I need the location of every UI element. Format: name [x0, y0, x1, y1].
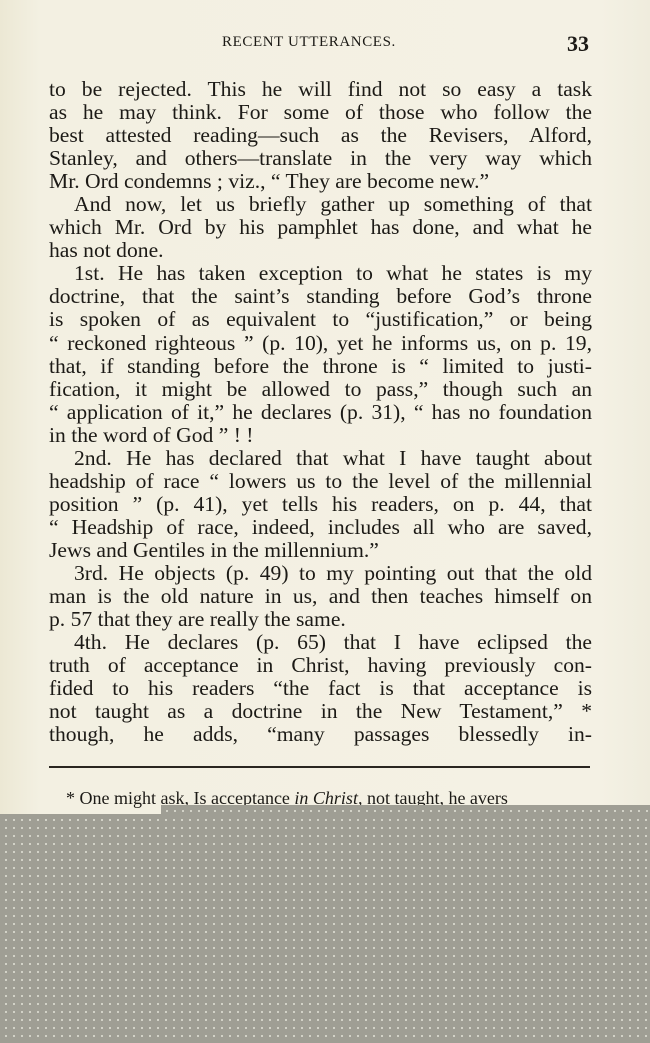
body-text: to be rejected. This he will find not so…	[49, 78, 592, 746]
paragraph-start-line: 1st. He has taken exception to what he s…	[49, 262, 592, 285]
footnote-text-visible: One might	[80, 788, 157, 808]
text-line: Stanley, and others—translate in the ver…	[49, 147, 592, 170]
text-line: “ reckoned righteous ” (p. 10), yet he i…	[49, 332, 592, 355]
text-line: fided to his readers “the fact is that a…	[49, 677, 592, 700]
text-line: headship of race “ lowers us to the leve…	[49, 470, 592, 493]
text-line: man is the old nature in us, and then te…	[49, 585, 592, 608]
text-line: p. 57 that they are really the same.	[49, 608, 592, 631]
footnote-rule	[49, 766, 590, 768]
paragraph-start-line: And now, let us briefly gather up someth…	[49, 193, 592, 216]
text-line: best attested reading—such as the Revise…	[49, 124, 592, 147]
text-line: “ application of it,” he declares (p. 31…	[49, 401, 592, 424]
paragraph-start-line: 3rd. He objects (p. 49) to my pointing o…	[49, 562, 592, 585]
text-line: to be rejected. This he will find not so…	[49, 78, 592, 101]
text-line: as he may think. For some of those who f…	[49, 101, 592, 124]
paragraph-start-line: 4th. He declares (p. 65) that I have ecl…	[49, 631, 592, 654]
text-line: position ” (p. 41), yet tells his reader…	[49, 493, 592, 516]
text-line: that, if standing before the throne is “…	[49, 355, 592, 378]
paragraph-start-line: 2nd. He has declared that what I have ta…	[49, 447, 592, 470]
footnote-marker: *	[66, 788, 75, 808]
text-line: Jews and Gentiles in the millennium.”	[49, 539, 592, 562]
text-line: not taught as a doctrine in the New Test…	[49, 700, 592, 723]
text-line: though, he adds, “many passages blessedl…	[49, 723, 592, 746]
text-line: is spoken of as equivalent to “justifica…	[49, 308, 592, 331]
text-line: truth of acceptance in Christ, having pr…	[49, 654, 592, 677]
running-head: RECENT UTTERANCES.	[222, 34, 396, 51]
text-line: “ Headship of race, indeed, includes all…	[49, 516, 592, 539]
text-line: doctrine, that the saint’s standing befo…	[49, 285, 592, 308]
book-page: RECENT UTTERANCES. 33 to be rejected. Th…	[0, 0, 650, 1043]
text-line: Mr. Ord condemns ; viz., “ They are beco…	[49, 170, 592, 193]
text-line: has not done.	[49, 239, 592, 262]
page-number: 33	[567, 31, 589, 57]
text-line: in the word of God ” ! !	[49, 424, 592, 447]
redaction-overlay	[0, 814, 650, 1043]
text-line: which Mr. Ord by his pamphlet has done, …	[49, 216, 592, 239]
text-line: fication, it might be allowed to pass,” …	[49, 378, 592, 401]
